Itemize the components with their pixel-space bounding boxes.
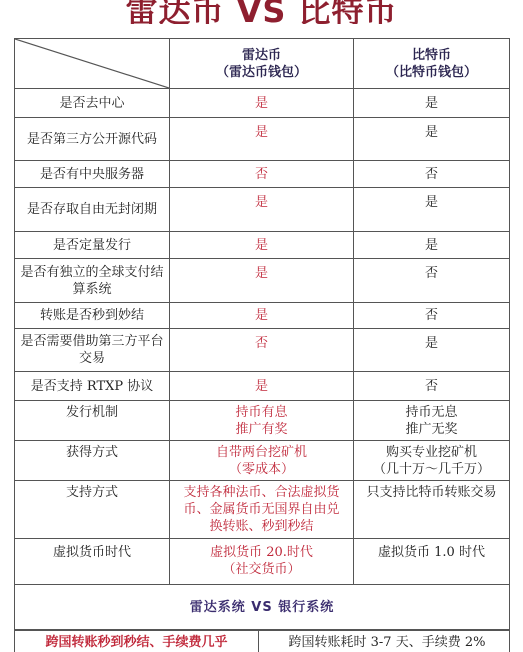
- leida-system-text: 跨国转账秒到秒结、手续费几乎: [15, 631, 259, 652]
- leida-value: 否: [170, 161, 354, 188]
- leida-value: 是: [170, 372, 354, 401]
- bitcoin-value: 购买专业挖矿机 （几十万～几千万）: [354, 441, 510, 481]
- bitcoin-value: 否: [354, 303, 510, 329]
- comparison-table: 雷达币 （雷达币钱包） 比特币 （比特币钱包） 是否去中心 是 是 是否第三方公…: [14, 38, 510, 630]
- table-row: 是否去中心 是 是: [15, 89, 510, 118]
- bitcoin-value: 只支持比特币转账交易: [354, 481, 510, 539]
- leida-value: 持币有息 推广有奖: [170, 401, 354, 441]
- row-label: 发行机制: [15, 401, 170, 441]
- table-row: 发行机制 持币有息 推广有奖 持币无息 推广无奖: [15, 401, 510, 441]
- row-label: 虚拟货币时代: [15, 539, 170, 585]
- leida-value: 否: [170, 329, 354, 372]
- table-row: 虚拟货币时代 虚拟货币 20.时代 （社交货币） 虚拟货币 1.0 时代: [15, 539, 510, 585]
- table-row: 是否存取自由无封闭期 是 是: [15, 188, 510, 232]
- leida-value: 是: [170, 303, 354, 329]
- bitcoin-value: 虚拟货币 1.0 时代: [354, 539, 510, 585]
- bitcoin-value: 否: [354, 161, 510, 188]
- table-row: 是否有中央服务器 否 否: [15, 161, 510, 188]
- row-label: 是否有中央服务器: [15, 161, 170, 188]
- bitcoin-value: 是: [354, 232, 510, 259]
- header-bitcoin-wallet: （比特币钱包）: [358, 64, 505, 81]
- header-leida: 雷达币 （雷达币钱包）: [170, 39, 354, 89]
- row-label: 转账是否秒到妙结: [15, 303, 170, 329]
- table-row: 是否需要借助第三方平台交易 否 是: [15, 329, 510, 372]
- leida-value: 自带两台挖矿机 （零成本）: [170, 441, 354, 481]
- bitcoin-value: 持币无息 推广无奖: [354, 401, 510, 441]
- row-label: 是否需要借助第三方平台交易: [15, 329, 170, 372]
- row-label: 是否去中心: [15, 89, 170, 118]
- bitcoin-value: 是: [354, 188, 510, 232]
- leida-value: 是: [170, 259, 354, 303]
- system-comparison-table: 跨国转账秒到秒结、手续费几乎 跨国转账耗时 3-7 天、手续费 2%: [14, 630, 510, 652]
- bitcoin-value: 是: [354, 118, 510, 161]
- table-header-row: 雷达币 （雷达币钱包） 比特币 （比特币钱包）: [15, 39, 510, 89]
- table-row: 支持方式 支持各种法币、合法虚拟货币、金属货币无国界自由兑换转账、秒到秒结 只支…: [15, 481, 510, 539]
- table-row: 是否定量发行 是 是: [15, 232, 510, 259]
- bitcoin-value: 是: [354, 89, 510, 118]
- header-leida-name: 雷达币: [174, 47, 349, 64]
- table-row: 转账是否秒到妙结 是 否: [15, 303, 510, 329]
- table-row: 是否有独立的全球支付结算系统 是 否: [15, 259, 510, 303]
- row-label: 获得方式: [15, 441, 170, 481]
- leida-value: 是: [170, 89, 354, 118]
- row-label: 是否存取自由无封闭期: [15, 188, 170, 232]
- row-label: 是否支持 RTXP 协议: [15, 372, 170, 401]
- leida-value: 虚拟货币 20.时代 （社交货币）: [170, 539, 354, 585]
- main-title-text: 雷达币 VS 比特币: [125, 0, 397, 24]
- header-bitcoin: 比特币 （比特币钱包）: [354, 39, 510, 89]
- row-label: 是否有独立的全球支付结算系统: [15, 259, 170, 303]
- table-row: 获得方式 自带两台挖矿机 （零成本） 购买专业挖矿机 （几十万～几千万）: [15, 441, 510, 481]
- table-row: 是否第三方公开源代码 是 是: [15, 118, 510, 161]
- row-label: 是否第三方公开源代码: [15, 118, 170, 161]
- main-title: 雷达币 VS 比特币 雷达币 VS 比特币: [0, 0, 523, 24]
- header-bitcoin-name: 比特币: [358, 47, 505, 64]
- leida-value: 是: [170, 232, 354, 259]
- leida-value: 是: [170, 118, 354, 161]
- bitcoin-value: 否: [354, 259, 510, 303]
- header-leida-wallet: （雷达币钱包）: [174, 64, 349, 81]
- system-comparison-row: 跨国转账秒到秒结、手续费几乎 跨国转账耗时 3-7 天、手续费 2%: [15, 631, 510, 652]
- table-row: 是否支持 RTXP 协议 是 否: [15, 372, 510, 401]
- leida-value: 是: [170, 188, 354, 232]
- diagonal-corner-cell: [15, 39, 170, 89]
- bitcoin-value: 是: [354, 329, 510, 372]
- bank-system-text: 跨国转账耗时 3-7 天、手续费 2%: [259, 631, 510, 652]
- section2-title-row: 雷达系统 VS 银行系统: [15, 585, 510, 630]
- section2-title: 雷达系统 VS 银行系统: [15, 585, 510, 630]
- row-label: 支持方式: [15, 481, 170, 539]
- leida-value: 支持各种法币、合法虚拟货币、金属货币无国界自由兑换转账、秒到秒结: [170, 481, 354, 539]
- row-label: 是否定量发行: [15, 232, 170, 259]
- diagonal-line-icon: [15, 39, 169, 88]
- bitcoin-value: 否: [354, 372, 510, 401]
